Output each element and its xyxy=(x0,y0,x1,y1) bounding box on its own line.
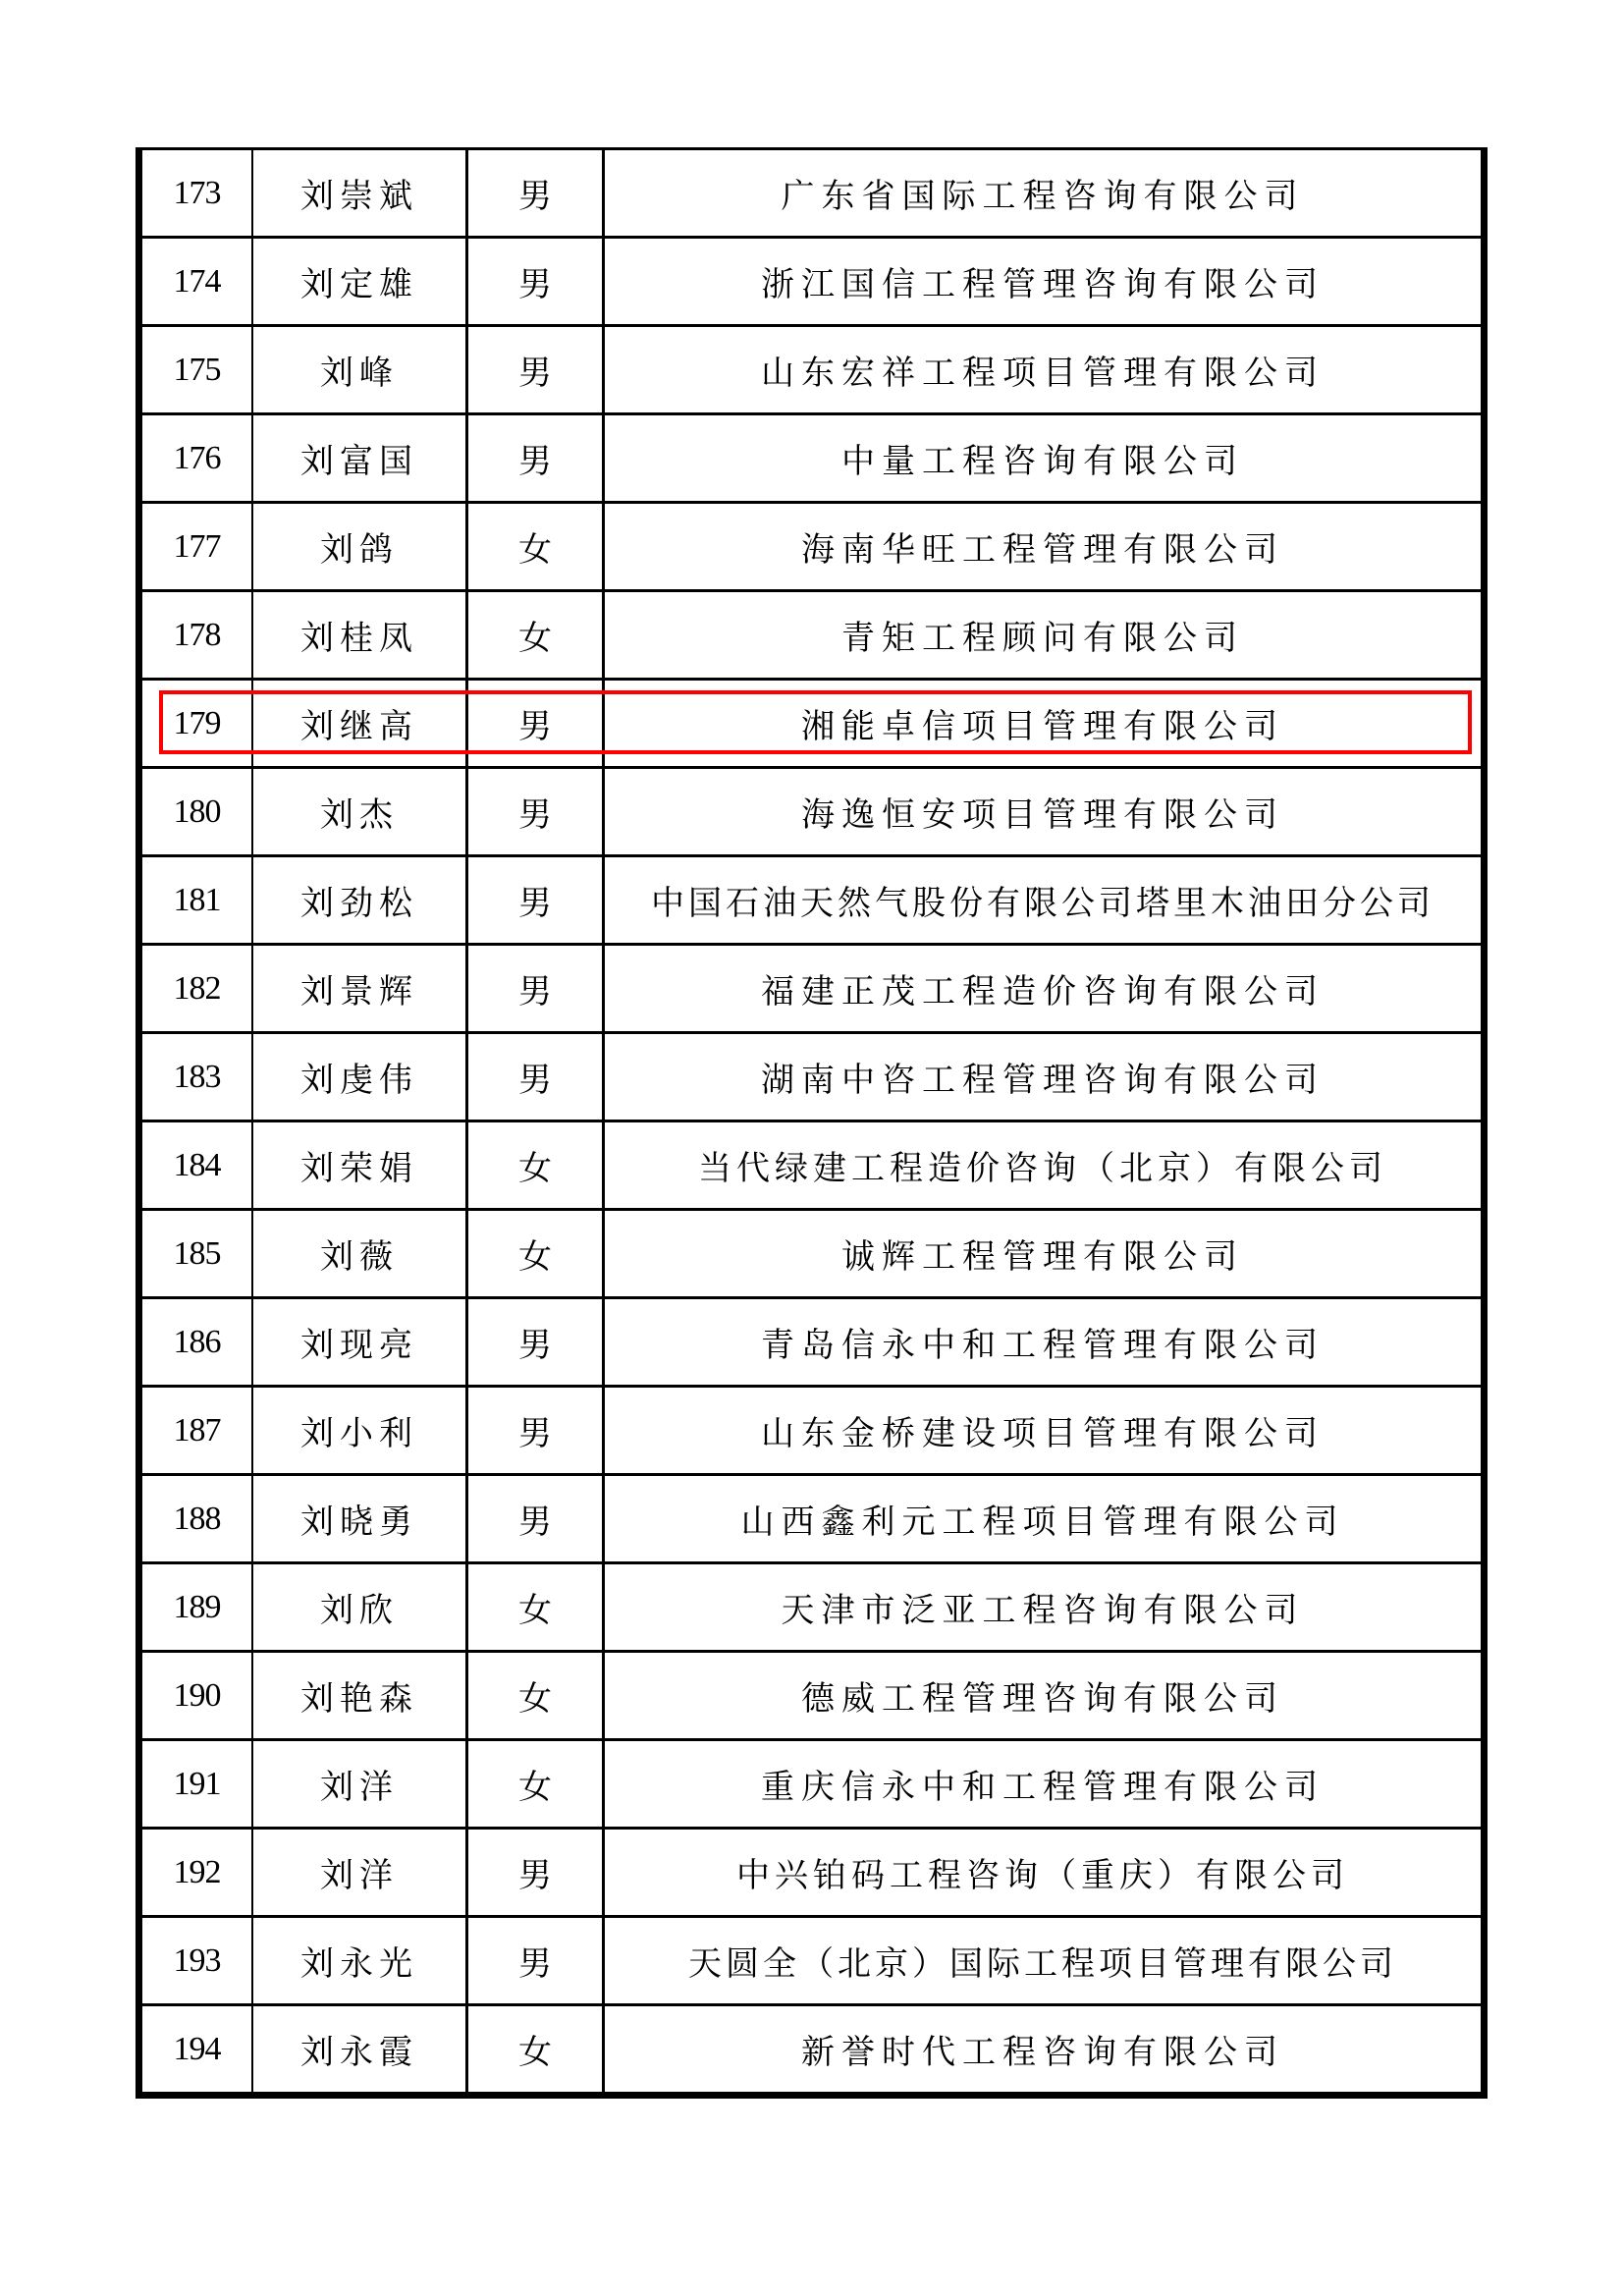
gender: 男 xyxy=(467,1387,604,1475)
person-name: 刘荣娟 xyxy=(252,1121,467,1210)
organization: 天圆全（北京）国际工程项目管理有限公司 xyxy=(604,1917,1485,2005)
person-name: 刘杰 xyxy=(252,768,467,856)
gender: 男 xyxy=(467,1298,604,1387)
person-name: 刘峰 xyxy=(252,326,467,414)
person-name: 刘永霞 xyxy=(252,2005,467,2096)
organization: 广东省国际工程咨询有限公司 xyxy=(604,149,1485,238)
table-row: 185 刘薇 女 诚辉工程管理有限公司 xyxy=(139,1210,1485,1298)
table-row: 191 刘洋 女 重庆信永中和工程管理有限公司 xyxy=(139,1740,1485,1829)
organization: 中国石油天然气股份有限公司塔里木油田分公司 xyxy=(604,856,1485,945)
gender: 男 xyxy=(467,1033,604,1121)
row-number: 190 xyxy=(139,1652,253,1740)
table-row: 183 刘虔伟 男 湖南中咨工程管理咨询有限公司 xyxy=(139,1033,1485,1121)
person-name: 刘鸽 xyxy=(252,503,467,591)
gender: 女 xyxy=(467,1652,604,1740)
gender: 女 xyxy=(467,2005,604,2096)
gender: 女 xyxy=(467,591,604,680)
table-row: 175 刘峰 男 山东宏祥工程项目管理有限公司 xyxy=(139,326,1485,414)
person-name: 刘晓勇 xyxy=(252,1475,467,1563)
row-number: 187 xyxy=(139,1387,253,1475)
gender: 男 xyxy=(467,1917,604,2005)
gender: 女 xyxy=(467,1121,604,1210)
table-row: 190 刘艳森 女 德威工程管理咨询有限公司 xyxy=(139,1652,1485,1740)
row-number: 181 xyxy=(139,856,253,945)
gender: 女 xyxy=(467,1210,604,1298)
gender: 男 xyxy=(467,326,604,414)
table-row: 187 刘小利 男 山东金桥建设项目管理有限公司 xyxy=(139,1387,1485,1475)
person-name: 刘富国 xyxy=(252,414,467,503)
organization: 重庆信永中和工程管理有限公司 xyxy=(604,1740,1485,1829)
table-row: 180 刘杰 男 海逸恒安项目管理有限公司 xyxy=(139,768,1485,856)
person-name: 刘永光 xyxy=(252,1917,467,2005)
roster-table: 173 刘崇斌 男 广东省国际工程咨询有限公司 174 刘定雄 男 浙江国信工程… xyxy=(135,147,1488,2099)
row-number: 192 xyxy=(139,1829,253,1917)
organization: 当代绿建工程造价咨询（北京）有限公司 xyxy=(604,1121,1485,1210)
organization: 青岛信永中和工程管理有限公司 xyxy=(604,1298,1485,1387)
person-name: 刘艳森 xyxy=(252,1652,467,1740)
organization: 诚辉工程管理有限公司 xyxy=(604,1210,1485,1298)
organization: 德威工程管理咨询有限公司 xyxy=(604,1652,1485,1740)
table-row: 188 刘晓勇 男 山西鑫利元工程项目管理有限公司 xyxy=(139,1475,1485,1563)
organization: 福建正茂工程造价咨询有限公司 xyxy=(604,945,1485,1033)
organization: 天津市泛亚工程咨询有限公司 xyxy=(604,1563,1485,1652)
row-number: 183 xyxy=(139,1033,253,1121)
table-row: 189 刘欣 女 天津市泛亚工程咨询有限公司 xyxy=(139,1563,1485,1652)
row-number: 182 xyxy=(139,945,253,1033)
gender: 男 xyxy=(467,414,604,503)
row-number: 174 xyxy=(139,238,253,326)
gender: 女 xyxy=(467,1740,604,1829)
person-name: 刘现亮 xyxy=(252,1298,467,1387)
person-name: 刘洋 xyxy=(252,1829,467,1917)
row-number: 175 xyxy=(139,326,253,414)
table-row: 174 刘定雄 男 浙江国信工程管理咨询有限公司 xyxy=(139,238,1485,326)
table-row: 176 刘富国 男 中量工程咨询有限公司 xyxy=(139,414,1485,503)
person-name: 刘薇 xyxy=(252,1210,467,1298)
gender: 男 xyxy=(467,149,604,238)
table-row: 177 刘鸽 女 海南华旺工程管理有限公司 xyxy=(139,503,1485,591)
person-name: 刘小利 xyxy=(252,1387,467,1475)
organization: 湖南中咨工程管理咨询有限公司 xyxy=(604,1033,1485,1121)
document-page: 173 刘崇斌 男 广东省国际工程咨询有限公司 174 刘定雄 男 浙江国信工程… xyxy=(0,0,1624,2296)
row-number: 186 xyxy=(139,1298,253,1387)
gender: 女 xyxy=(467,1563,604,1652)
organization: 浙江国信工程管理咨询有限公司 xyxy=(604,238,1485,326)
row-number: 177 xyxy=(139,503,253,591)
gender: 男 xyxy=(467,768,604,856)
organization: 海逸恒安项目管理有限公司 xyxy=(604,768,1485,856)
table-row: 181 刘劲松 男 中国石油天然气股份有限公司塔里木油田分公司 xyxy=(139,856,1485,945)
person-name: 刘崇斌 xyxy=(252,149,467,238)
organization: 湘能卓信项目管理有限公司 xyxy=(604,680,1485,768)
table-row: 192 刘洋 男 中兴铂码工程咨询（重庆）有限公司 xyxy=(139,1829,1485,1917)
table-row: 173 刘崇斌 男 广东省国际工程咨询有限公司 xyxy=(139,149,1485,238)
organization: 山东宏祥工程项目管理有限公司 xyxy=(604,326,1485,414)
row-number: 189 xyxy=(139,1563,253,1652)
table-row: 186 刘现亮 男 青岛信永中和工程管理有限公司 xyxy=(139,1298,1485,1387)
organization: 中兴铂码工程咨询（重庆）有限公司 xyxy=(604,1829,1485,1917)
row-number: 178 xyxy=(139,591,253,680)
row-number: 176 xyxy=(139,414,253,503)
person-name: 刘景辉 xyxy=(252,945,467,1033)
organization: 山西鑫利元工程项目管理有限公司 xyxy=(604,1475,1485,1563)
organization: 新誉时代工程咨询有限公司 xyxy=(604,2005,1485,2096)
gender: 男 xyxy=(467,680,604,768)
table-row: 184 刘荣娟 女 当代绿建工程造价咨询（北京）有限公司 xyxy=(139,1121,1485,1210)
table-row: 182 刘景辉 男 福建正茂工程造价咨询有限公司 xyxy=(139,945,1485,1033)
gender: 女 xyxy=(467,503,604,591)
organization: 中量工程咨询有限公司 xyxy=(604,414,1485,503)
table-row-highlighted: 179 刘继高 男 湘能卓信项目管理有限公司 xyxy=(139,680,1485,768)
gender: 男 xyxy=(467,1475,604,1563)
person-name: 刘定雄 xyxy=(252,238,467,326)
gender: 男 xyxy=(467,238,604,326)
person-name: 刘虔伟 xyxy=(252,1033,467,1121)
row-number: 188 xyxy=(139,1475,253,1563)
gender: 男 xyxy=(467,945,604,1033)
row-number: 191 xyxy=(139,1740,253,1829)
row-number: 179 xyxy=(139,680,253,768)
row-number: 180 xyxy=(139,768,253,856)
organization: 山东金桥建设项目管理有限公司 xyxy=(604,1387,1485,1475)
gender: 男 xyxy=(467,1829,604,1917)
person-name: 刘劲松 xyxy=(252,856,467,945)
person-name: 刘继高 xyxy=(252,680,467,768)
row-number: 194 xyxy=(139,2005,253,2096)
person-name: 刘欣 xyxy=(252,1563,467,1652)
organization: 青矩工程顾问有限公司 xyxy=(604,591,1485,680)
table-row: 193 刘永光 男 天圆全（北京）国际工程项目管理有限公司 xyxy=(139,1917,1485,2005)
table-row: 178 刘桂凤 女 青矩工程顾问有限公司 xyxy=(139,591,1485,680)
gender: 男 xyxy=(467,856,604,945)
organization: 海南华旺工程管理有限公司 xyxy=(604,503,1485,591)
row-number: 185 xyxy=(139,1210,253,1298)
person-name: 刘洋 xyxy=(252,1740,467,1829)
row-number: 173 xyxy=(139,149,253,238)
person-name: 刘桂凤 xyxy=(252,591,467,680)
table-row: 194 刘永霞 女 新誉时代工程咨询有限公司 xyxy=(139,2005,1485,2096)
row-number: 193 xyxy=(139,1917,253,2005)
row-number: 184 xyxy=(139,1121,253,1210)
